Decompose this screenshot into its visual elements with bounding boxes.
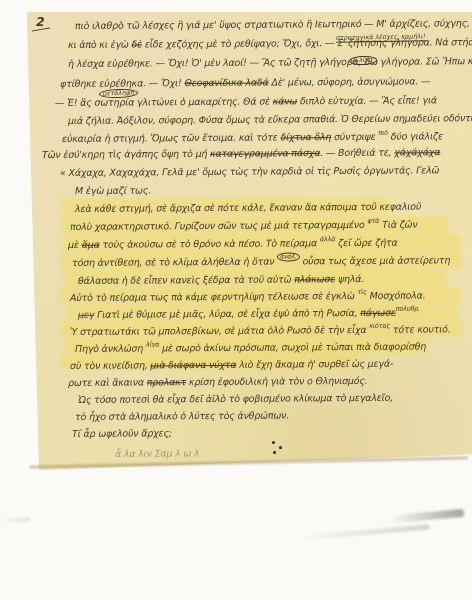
inserted-word: λίγα (146, 340, 159, 348)
handwriting-text: — Ἐ! ἃς σωτηρία γλιτώνει ὁ μακαρίτης. Θά… (55, 96, 273, 109)
crossed-out-text: προλακτ (147, 377, 186, 388)
handwriting-text: μὲ (68, 240, 82, 251)
handwriting-text: δύο γιάλιζε (388, 131, 443, 142)
handwriting-line: μὲ ἅμα τοὺς ἀκούσω σὲ τὸ θρόνο κὰ πέσο. … (68, 239, 398, 251)
handwriting-text: Δὲ' μένω, σύφορη, ἀσυγνώμονα. — (269, 76, 431, 88)
handwriting-text: Πηγὸ ἀνκλώση (75, 344, 146, 355)
crossed-out-text: μεγ (78, 310, 94, 321)
handwriting-text: θάλασσα ἡ δὲ εἶπεν κανεὶς ξέδρα τὰ τοῦ α… (78, 274, 294, 287)
page-number: 2 (36, 14, 45, 29)
ink-dot (272, 441, 275, 444)
handwriting-text: τοὺς ἀκούσω σὲ τὸ θρόνο κὰ πέσο. Τὸ πείρ… (100, 238, 320, 251)
handwriting-text: σύντριψε (331, 132, 378, 143)
handwriting-text: κρίση ἐφουδιλικὴ γιὰ τὸν ο Θληνισμός. (186, 376, 368, 388)
crossed-out-text: κάνω (273, 96, 297, 107)
handwriting-line: σὺ τὸν κινείδιση, μιὰ διάφανα νύχτα λιὸ … (70, 360, 393, 372)
handwriting-text: Τί ἆρ ωφελοῦν ἄρχες; (72, 428, 172, 440)
handwriting-text: ζεῖ ὥρε ζήτα (335, 238, 397, 249)
handwriting-line: μεγ Γιατὶ μὲ θύμισε μὲ μιᾶς, λύρα, σὲ εἶ… (78, 309, 420, 321)
handwriting-line: ρωτε καὶ ἄκαινα προλακτ κρίση ἐφουδιλικὴ… (68, 377, 368, 389)
handwriting-line: — Ἐ! ἃς σωτηρία γλιτώνει ὁ μακαρίτης. Θά… (55, 96, 437, 108)
handwriting-text: Ὑ στρατιωτάκι τῶ μπολσεβίκων, σὲ μάτια ὁ… (70, 325, 369, 338)
inserted-word: φτὰ (367, 217, 379, 225)
handwriting-text: οὖσα τως ἄχεσε μιὰ ἀστείρευτη (300, 255, 450, 267)
crossed-out-text: πάγωσε (360, 308, 396, 319)
inserted-word: τὶς (357, 288, 366, 296)
handwriting-line: Αὐτὸ τὸ πείραμα τως πὰ κάμε φερντηλίψη τ… (70, 292, 426, 304)
crossed-out-text: ἅμα (82, 240, 100, 251)
handwriting-line: Ὡς τόσο ποτεσὶ θὰ εἶχα δεῖ ἀϊλὸ τὸ φοβισ… (78, 394, 393, 406)
pencil-smudge (300, 524, 430, 540)
handwriting-text: Ὡς τόσο ποτεσὶ θὰ εἶχα δεῖ ἀϊλὸ τὸ φοβισ… (78, 393, 393, 406)
handwriting-text: τὸ ἦχο στὰ ἀλημαλικὸ ὁ λύτες τὸς ἀνθρώπω… (75, 411, 289, 423)
crossed-out-text: πλάκωσε (294, 274, 335, 285)
handwriting-text: κι ἀπὸ κι ἐγὼ (68, 40, 131, 51)
pencil-smudge (392, 509, 464, 523)
pencil-smudge (2, 517, 30, 522)
handwriting-line: Τί ἆρ ωφελοῦν ἄρχες; (72, 429, 172, 439)
crossed-out-text: δίχτυα ὅλη (280, 132, 331, 143)
ink-dot (279, 446, 282, 449)
handwriting-line: Ὑ στρατιωτάκι τῶ μπολσεβίκων, σὲ μάτια ὁ… (70, 325, 451, 337)
handwriting-line: τόση ἀντίθεση, σὲ τὸ κλίμα ἀλήθελα ἡ ὅτα… (72, 256, 450, 268)
handwriting-text: πολὺ χαρακτηριστικό. Γυρίζουν σῶν τως μὲ… (70, 220, 367, 233)
handwriting-text: . — Βοήθειά τε, (320, 148, 394, 160)
handwriting-line: πολὺ χαρακτηριστικό. Γυρίζουν σῶν τως μὲ… (70, 221, 417, 233)
handwriting-line: φτίθηκε εὑρέθηκα. — Ὄχι! Θεοφανίδικα λαδ… (60, 77, 430, 89)
inserted-word: πολυθρ. (396, 305, 420, 313)
inserted-word: ἀλλὰ (320, 235, 336, 243)
handwriting-text: εὐκαιρία ἡ στιγμή. Ὅμως τῶν ἔτοιμα. καὶ … (62, 132, 281, 145)
handwriting-text: μὲ σωρὸ ἀκίνω πρόσωπα, σωχοὶ μὲ τώπαι πι… (159, 342, 426, 355)
handwriting-text: διπλὸ εὐτυχία. — Ἃς εἶπε! γιά (297, 95, 437, 107)
handwriting-text: ψηλά. (335, 274, 364, 285)
handwriting-text: λιὸ ἔχη ἄκαμα ἡ' συρθεῖ ὡς μεγά- (236, 359, 393, 371)
handwriting-line: πιὸ ιλαθρὸ τῶ λέσχες ἢ γιά με' ὕψος στρα… (75, 19, 470, 31)
crossed-out-text: δὲ (131, 39, 142, 50)
handwriting-line: λεὰ κάθε στιγμή, σὲ ἄρχιζα σὲ πότε κάλε,… (75, 203, 421, 215)
handwriting-line: « Χάχαχα, Χαχαχάχα, Γελᾶ με' ὅμως τὼς τὴ… (60, 166, 439, 178)
handwriting-line: τὸ ἦχο στὰ ἀλημαλικὸ ὁ λύτες τὸς ἀνθρώπω… (75, 412, 289, 423)
crossed-out-text: καταγεγραμμένα πάσχα (210, 148, 320, 160)
handwriting-text: Τῶν ἐσύ'κηρη τὶς ἀγάπης ὄψη τὸ μή (42, 149, 210, 161)
handwriting-text: σὺ τὸν κινείδιση, (70, 360, 150, 372)
ink-dot (273, 451, 276, 454)
handwriting-text: Μ ἐγὼ μαζί τως. (75, 185, 151, 197)
handwriting-line: Μ ἐγὼ μαζί τως. (75, 186, 151, 196)
handwriting-text: τότε κουτιό. (390, 324, 451, 335)
handwriting-text: τόση ἀντίθεση, σὲ τὸ κλίμα ἀλήθελα ἡ ὅτα… (72, 257, 277, 269)
inserted-word: ἀνάλ. (277, 252, 300, 261)
inserted-word: πιὸ (378, 129, 388, 137)
marginal-insertion-note: στρατηγικὰ λέσχες, καμήλι! (336, 33, 426, 43)
handwriting-text: ἆ λα λιν Σαμ λ ω λ (115, 448, 199, 460)
handwriting-text: Τιὰ ζῶν (379, 220, 417, 231)
handwriting-line: ἆ λα λιν Σαμ λ ω λ (115, 449, 199, 459)
handwriting-text: Αὐτὸ τὸ πείραμα τως πὰ κάμε φερντηλίψη τ… (70, 291, 358, 304)
handwriting-line: θάλασσα ἡ δὲ εἶπεν κανεὶς ξέδρα τὰ τοῦ α… (78, 275, 364, 286)
crossed-out-text: χάχάχάχα (394, 147, 440, 158)
crossed-out-text: Θεοφανίδικα λαδά (184, 78, 268, 90)
handwriting-text: Μοσχόπολα. (367, 291, 426, 302)
handwriting-line: Πηγὸ ἀνκλώση λίγα μὲ σωρὸ ἀκίνω πρόσωπα,… (75, 343, 426, 355)
handwriting-text: ρωτε καὶ ἄκαινα (68, 377, 147, 389)
inserted-word: κιότας (369, 322, 390, 330)
handwriting-text: Γιατὶ μὲ θύμισε μὲ μιᾶς, λύρα, σὲ εἶχα ἐ… (94, 308, 360, 321)
crossed-out-text: μιὰ διάφανα νύχτα (150, 360, 236, 372)
